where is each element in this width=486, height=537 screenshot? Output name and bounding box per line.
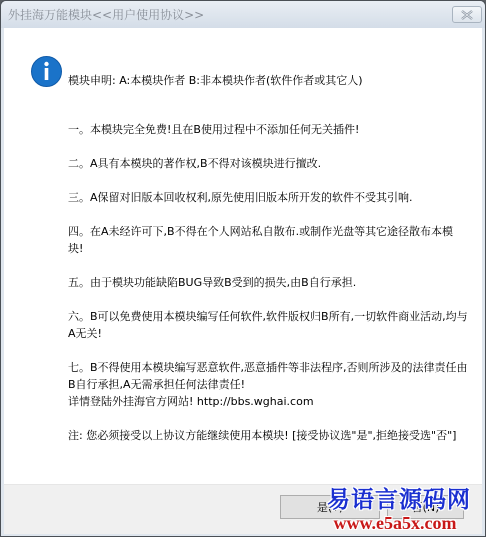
- website-info: 详情登陆外挂海官方网站! http://bbs.wghai.com: [68, 393, 314, 410]
- agreement-dialog-window: 外挂海万能模块<<用户使用协议>> 模块申明: A:本模块作者 B:非本模块作者…: [0, 0, 486, 537]
- clause-2: 二。A具有本模块的著作权,B不得对该模块进行擅改.: [68, 155, 321, 172]
- declaration-header: 模块申明: A:本模块作者 B:非本模块作者(软件作者或其它人): [68, 72, 363, 88]
- close-button[interactable]: [452, 6, 482, 23]
- title-bar[interactable]: 外挂海万能模块<<用户使用协议>>: [1, 1, 485, 28]
- clause-5: 五。由于模块功能缺陷BUG导致B受到的损失,由B自行承担.: [68, 274, 356, 291]
- clause-4: 四。在A未经许可下,B不得在个人网站私自散布.或制作光盘等其它途径散布本模块!: [68, 223, 468, 257]
- acceptance-note: 注: 您必须接受以上协议方能继续使用本模块! [接受协议选"是",拒绝接受选"否…: [68, 427, 456, 444]
- clause-6: 六。B可以免费使用本模块编写任何软件,软件版权归B所有,一切软件商业活动,均与A…: [68, 308, 468, 342]
- close-icon: [460, 10, 474, 20]
- info-icon: [31, 56, 62, 87]
- yes-button[interactable]: 是(Y): [280, 495, 380, 519]
- clause-1: 一。本模块完全免费!且在B使用过程中不添加任何无关插件!: [68, 121, 359, 138]
- window-title: 外挂海万能模块<<用户使用协议>>: [8, 6, 204, 23]
- clause-7: 七。B不得使用本模块编写恶意软件,恶意插件等非法程序,否则所涉及的法律责任由B自…: [68, 359, 468, 393]
- no-button[interactable]: 否(N): [387, 495, 464, 519]
- clause-3: 三。A保留对旧版本回收权利,原先使用旧版本所开发的软件不受其引响.: [68, 189, 413, 206]
- dialog-content: 模块申明: A:本模块作者 B:非本模块作者(软件作者或其它人) 一。本模块完全…: [4, 28, 482, 533]
- button-bar: 是(Y) 否(N): [4, 484, 482, 534]
